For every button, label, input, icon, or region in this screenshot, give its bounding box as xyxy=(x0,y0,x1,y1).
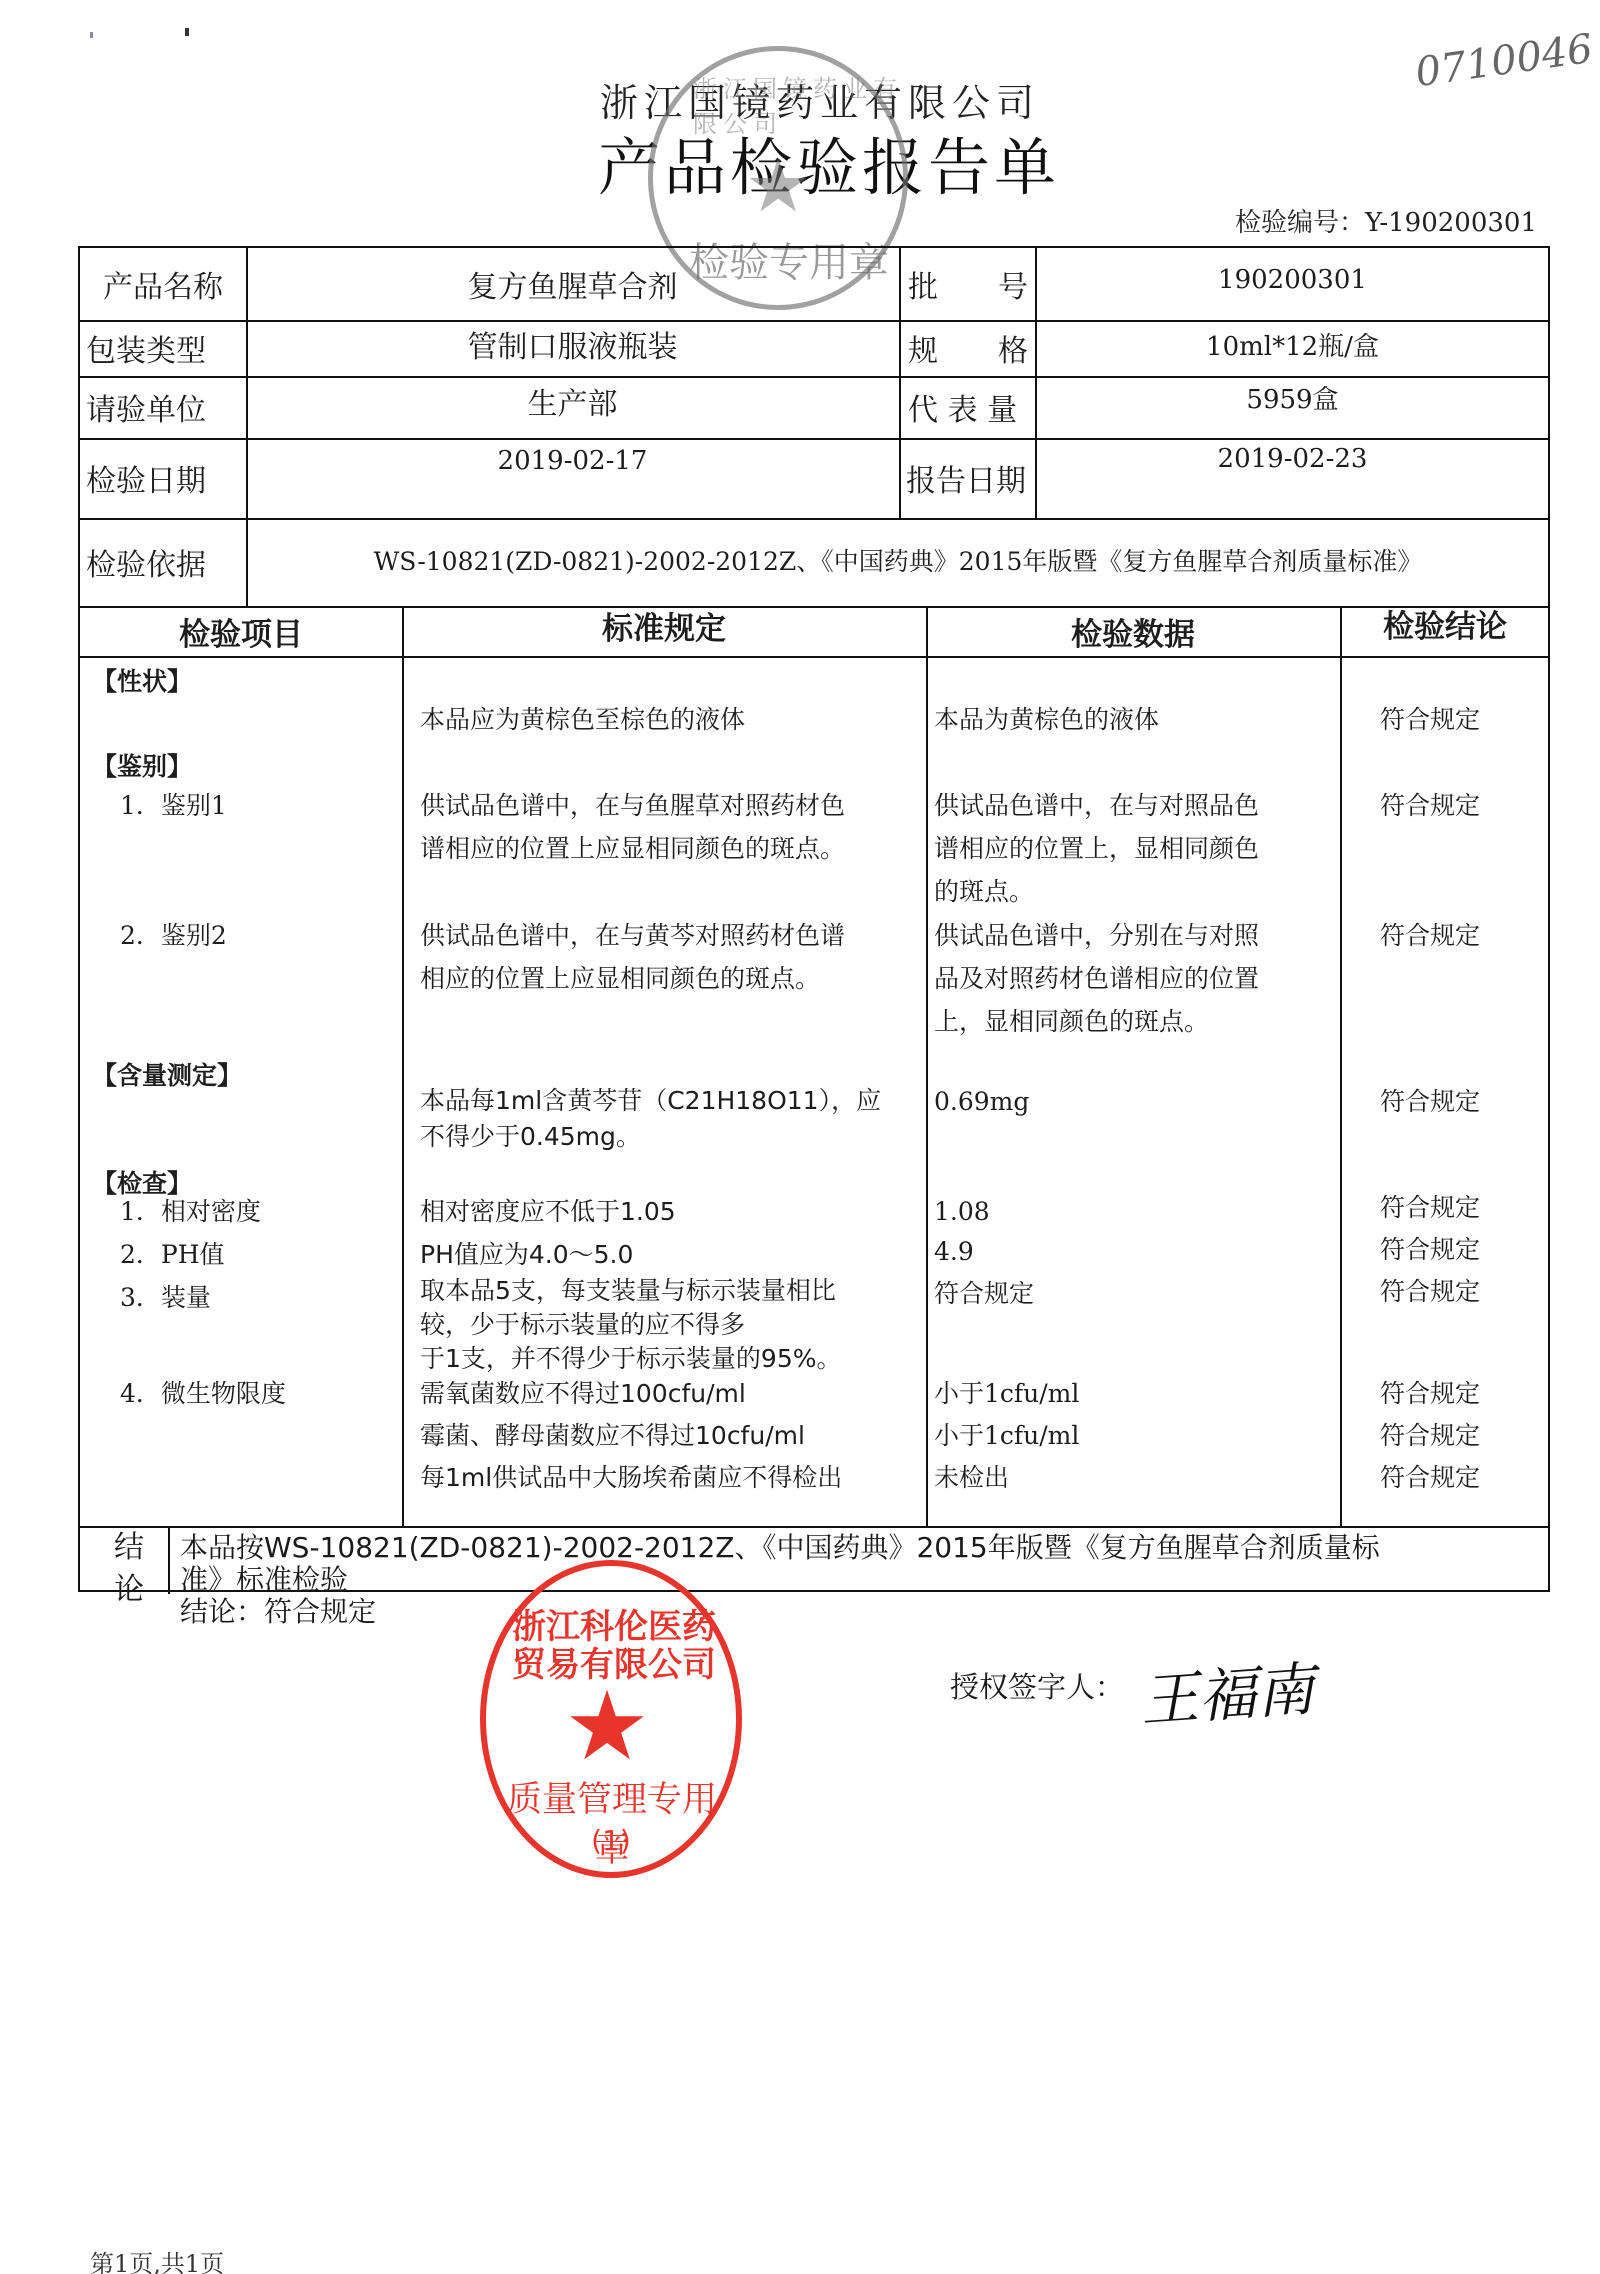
standard-fill: 取本品5支，每支装量与标示装量相比 较，少于标示装量的应不得多 于1支，并不得少… xyxy=(420,1274,930,1376)
result-ident-2: 符合规定 xyxy=(1380,914,1480,957)
item-ident-1: 1．鉴别1 xyxy=(120,784,227,827)
product-name-value: 复方鱼腥草合剂 xyxy=(246,248,899,320)
package-label: 包装类型 xyxy=(86,320,246,376)
standard-ph: PH值应为4.0～5.0 xyxy=(420,1233,633,1276)
scan-speck xyxy=(185,28,189,36)
data-microbial-ecoli: 未检出 xyxy=(934,1456,1009,1499)
data-assay: 0.69mg xyxy=(934,1080,1029,1123)
result-assay: 符合规定 xyxy=(1380,1080,1480,1123)
report-date-label: 报告日期 xyxy=(906,438,1036,518)
result-microbial-ecoli: 符合规定 xyxy=(1380,1456,1480,1499)
quality-stamp: 浙江科伦医药贸易有限公司 ★ 质量管理专用章 (1) xyxy=(480,1560,742,1878)
report-date-value: 2019-02-23 xyxy=(1035,426,1550,492)
standard-ident-1: 供试品色谱中，在与鱼腥草对照药材色 谱相应的位置上应显相同颜色的斑点。 xyxy=(420,784,920,870)
standard-microbial-aerobic: 需氧菌数应不得过100cfu/ml xyxy=(420,1372,746,1415)
conclusion-label-bottom: 论 xyxy=(114,1568,144,1612)
standard-assay: 本品每1ml含黄芩苷（C21H18O11），应 不得少于0.45mg。 xyxy=(420,1083,920,1155)
requester-value: 生产部 xyxy=(246,370,899,432)
spec-value: 10ml*12瓶/盒 xyxy=(1035,316,1550,372)
col-header-result: 检验结论 xyxy=(1340,598,1550,648)
section-appearance: 【性状】 xyxy=(92,660,192,703)
data-fill: 符合规定 xyxy=(934,1272,1034,1315)
item-ident-2: 2．鉴别2 xyxy=(120,914,227,957)
result-density: 符合规定 xyxy=(1380,1186,1480,1229)
quantity-label: 代 表 量 xyxy=(908,376,1035,438)
test-date-value: 2019-02-17 xyxy=(246,426,899,496)
item-microbial: 4．微生物限度 xyxy=(120,1372,286,1415)
data-microbial-mold: 小于1cfu/ml xyxy=(934,1414,1079,1457)
stamp-arc-text: 浙江国镜药业有限公司 xyxy=(693,69,903,139)
col-header-data: 检验数据 xyxy=(926,606,1340,656)
star-icon: ★ xyxy=(564,1678,650,1774)
product-name-label: 产品名称 xyxy=(80,248,246,320)
standard-appearance: 本品应为黄棕色至棕色的液体 xyxy=(420,698,920,741)
conclusion-label-top: 结 xyxy=(114,1526,144,1570)
item-ph: 2．PH值 xyxy=(120,1233,225,1276)
result-ph: 符合规定 xyxy=(1380,1228,1480,1271)
data-ident-2: 供试品色谱中，分别在与对照 品及对照药材色谱相应的位置 上，显相同颜色的斑点。 xyxy=(934,914,1334,1043)
basis-label: 检验依据 xyxy=(86,518,246,606)
report-number-label: 检验编号： xyxy=(1235,208,1365,238)
result-microbial-mold: 符合规定 xyxy=(1380,1414,1480,1457)
handwritten-note: 0710046 xyxy=(1413,26,1596,96)
quantity-value: 5959盒 xyxy=(1035,366,1550,428)
batch-label: 批 号 xyxy=(908,248,1035,320)
item-density: 1．相对密度 xyxy=(120,1190,261,1233)
report-table: 产品名称 复方鱼腥草合剂 批 号 190200301 包装类型 管制口服液瓶装 … xyxy=(78,246,1550,1592)
package-value: 管制口服液瓶装 xyxy=(246,316,899,372)
data-appearance: 本品为黄棕色的液体 xyxy=(934,698,1334,741)
stamp-number: (1) xyxy=(486,1824,736,1857)
conclusion-line-2: 准》标准检验 xyxy=(180,1562,348,1598)
standard-ident-2: 供试品色谱中，在与黄芩对照药材色谱 相应的位置上应显相同颜色的斑点。 xyxy=(420,914,930,1000)
section-assay: 【含量测定】 xyxy=(92,1054,242,1097)
star-icon: ★ xyxy=(745,149,811,223)
basis-value: WS-10821(ZD-0821)-2002-2012Z、《中国药典》2015年… xyxy=(246,518,1550,602)
scan-speck xyxy=(90,32,93,38)
standard-microbial-mold: 霉菌、酵母菌数应不得过10cfu/ml xyxy=(420,1414,805,1457)
spec-label: 规 格 xyxy=(908,320,1035,376)
data-density: 1.08 xyxy=(934,1190,990,1233)
report-number: 检验编号：Y-190200301 xyxy=(1235,202,1537,239)
data-microbial-aerobic: 小于1cfu/ml xyxy=(934,1372,1079,1415)
requester-label: 请验单位 xyxy=(86,376,246,438)
data-ident-1: 供试品色谱中，在与对照品色 谱相应的位置上，显相同颜色 的斑点。 xyxy=(934,784,1334,913)
section-identification: 【鉴别】 xyxy=(92,745,192,788)
batch-value: 190200301 xyxy=(1035,248,1550,312)
result-microbial-aerobic: 符合规定 xyxy=(1380,1372,1480,1415)
conclusion-line-3: 结论：符合规定 xyxy=(180,1594,376,1630)
stamp-purpose: 质量管理专用章 xyxy=(502,1772,722,1872)
data-ph: 4.9 xyxy=(934,1230,974,1273)
page-indicator: 第1页,共1页 xyxy=(90,2244,224,2274)
authorized-signer-label: 授权签字人： xyxy=(950,1665,1124,1706)
item-fill: 3．装量 xyxy=(120,1276,211,1319)
col-header-item: 检验项目 xyxy=(80,606,402,656)
test-date-label: 检验日期 xyxy=(86,438,246,518)
signature: 王福南 xyxy=(1137,1642,1316,1738)
conclusion-line-1: 本品按WS-10821(ZD-0821)-2002-2012Z、《中国药典》20… xyxy=(180,1530,1380,1566)
report-number-value: Y-190200301 xyxy=(1365,208,1537,238)
result-appearance: 符合规定 xyxy=(1380,698,1480,741)
standard-microbial-ecoli: 每1ml供试品中大肠埃希菌应不得检出 xyxy=(420,1456,842,1499)
result-ident-1: 符合规定 xyxy=(1380,784,1480,827)
standard-density: 相对密度应不低于1.05 xyxy=(420,1190,676,1233)
col-header-standard: 标准规定 xyxy=(402,600,926,650)
result-fill: 符合规定 xyxy=(1380,1270,1480,1313)
